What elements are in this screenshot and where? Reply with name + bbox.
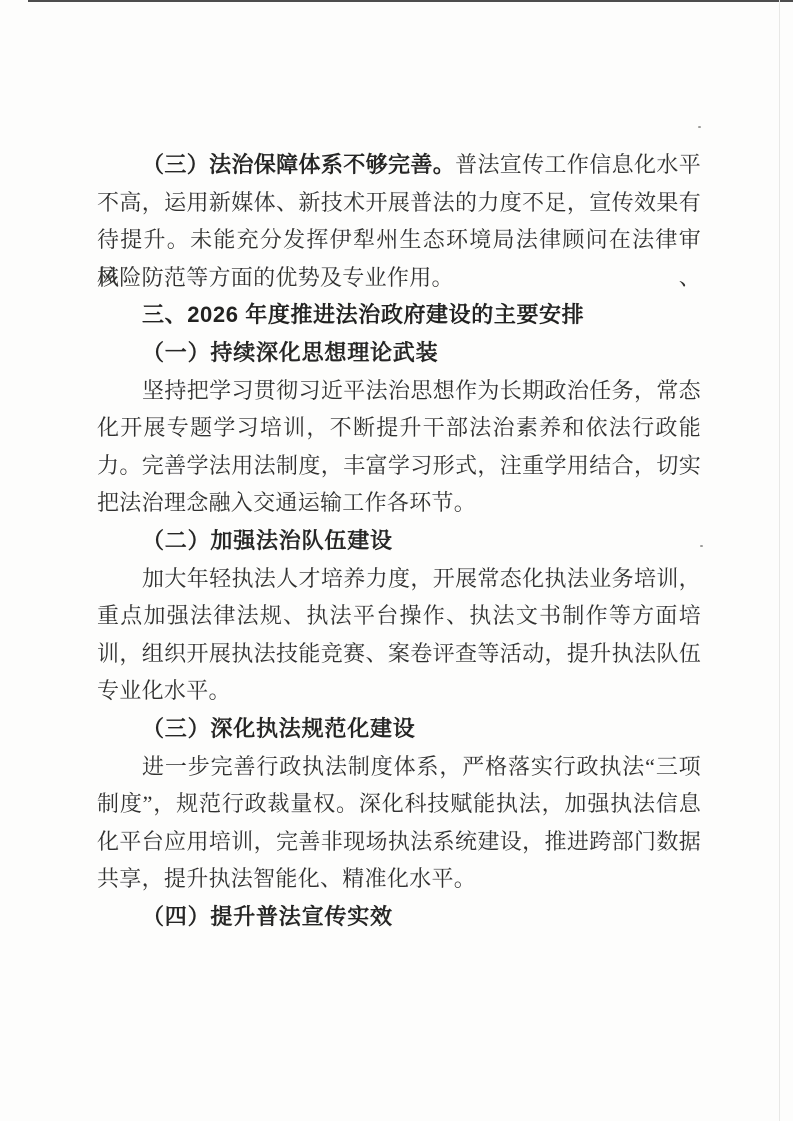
section-heading: （二）加强法治队伍建设 bbox=[97, 522, 701, 560]
text-line: 不高，运用新媒体、新技术开展普法的力度不足，宣传效果有 bbox=[97, 184, 701, 222]
text-line: 力。完善学法用法制度，丰富学习形式，注重学用结合，切实 bbox=[97, 447, 701, 485]
bold-lead-phrase: （三）法治保障体系不够完善。 bbox=[142, 152, 455, 177]
text-line: 加大年轻执法人才培养力度，开展常态化执法业务培训， bbox=[97, 560, 701, 598]
document-page: （三）法治保障体系不够完善。普法宣传工作信息化水平不高，运用新媒体、新技术开展普… bbox=[0, 0, 793, 1121]
text-line: 化开展专题学习培训，不断提升干部法治素养和依法行政能 bbox=[97, 409, 701, 447]
text-line: 制度”，规范行政裁量权。深化科技赋能执法，加强执法信息 bbox=[97, 785, 701, 823]
section-heading: （三）深化执法规范化建设 bbox=[97, 710, 701, 748]
document-body: （三）法治保障体系不够完善。普法宣传工作信息化水平不高，运用新媒体、新技术开展普… bbox=[97, 146, 701, 935]
text-line: 进一步完善行政执法制度体系，严格落实行政执法“三项 bbox=[97, 748, 701, 786]
text-line: （三）法治保障体系不够完善。普法宣传工作信息化水平 bbox=[97, 146, 701, 184]
text-line: 待提升。未能充分发挥伊犁州生态环境局法律顾问在法律审核、 bbox=[97, 221, 701, 259]
section-heading: （一）持续深化思想理论武装 bbox=[97, 334, 701, 372]
text-line: 化平台应用培训，完善非现场执法系统建设，推进跨部门数据 bbox=[97, 823, 701, 861]
section-heading: （四）提升普法宣传实效 bbox=[97, 898, 701, 936]
section-heading: 三、2026 年度推进法治政府建设的主要安排 bbox=[97, 296, 701, 334]
text-line: 共享，提升执法智能化、精准化水平。 bbox=[97, 860, 701, 898]
scan-artifact-right-line bbox=[779, 0, 780, 1121]
text-line: 坚持把学习贯彻习近平法治思想作为长期政治任务，常态 bbox=[97, 372, 701, 410]
text-line: 专业化水平。 bbox=[97, 672, 701, 710]
text-line: 重点加强法律法规、执法平台操作、执法文书制作等方面培 bbox=[97, 597, 701, 635]
scan-speck bbox=[698, 126, 701, 128]
text-line: 把法治理念融入交通运输工作各环节。 bbox=[97, 484, 701, 522]
scan-artifact-top-line bbox=[28, 0, 793, 2]
text-line: 训，组织开展执法技能竞赛、案卷评查等活动，提升执法队伍 bbox=[97, 635, 701, 673]
